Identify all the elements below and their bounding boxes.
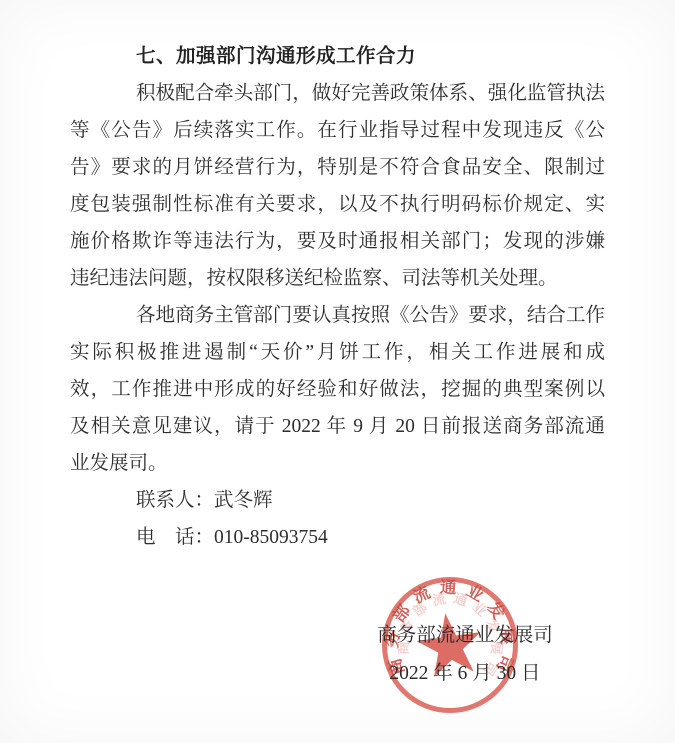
body-line: 告》要求的月饼经营行为，特别是不符合食品安全、限制过 (70, 149, 605, 186)
contact-person: 联系人：武冬辉 (70, 482, 605, 519)
body-line: 施价格欺诈等违法行为，要及时通报相关部门；发现的涉嫌 (70, 223, 605, 260)
body-line: 效，工作推进中形成的好经验和好做法，挖掘的典型案例以 (70, 371, 605, 408)
body-line: 等《公告》后续落实工作。在行业指导过程中发现违反《公 (70, 112, 605, 149)
body-line: 及相关意见建议，请于 2022 年 9 月 20 日前报送商务部流通 (70, 408, 605, 445)
body-line: 积极配合牵头部门，做好完善政策体系、强化监管执法 (70, 75, 605, 112)
document-body: 七、加强部门沟通形成工作合力 积极配合牵头部门，做好完善政策体系、强化监管执法 … (70, 38, 605, 556)
signature-org: 商务部流通业发展司 (372, 617, 558, 655)
body-line: 度包装强制性标准有关要求，以及不执行明码标价规定、实 (70, 186, 605, 223)
body-line: 实际积极推进遏制“天价”月饼工作，相关工作进展和成 (70, 334, 605, 371)
signature-date: 2022 年 6 月 30 日 (372, 655, 558, 693)
signature-block: 商务部流通业发展司 2022 年 6 月 30 日 (372, 617, 558, 693)
section-heading: 七、加强部门沟通形成工作合力 (70, 38, 605, 75)
body-line: 各地商务主管部门要认真按照《公告》要求，结合工作 (70, 297, 605, 334)
body-line: 违纪违法问题，按权限移送纪检监察、司法等机关处理。 (70, 260, 605, 297)
contact-phone: 电 话：010-85093754 (70, 519, 605, 556)
document-page: 七、加强部门沟通形成工作合力 积极配合牵头部门，做好完善政策体系、强化监管执法 … (0, 0, 675, 743)
body-line: 业发展司。 (70, 445, 605, 482)
